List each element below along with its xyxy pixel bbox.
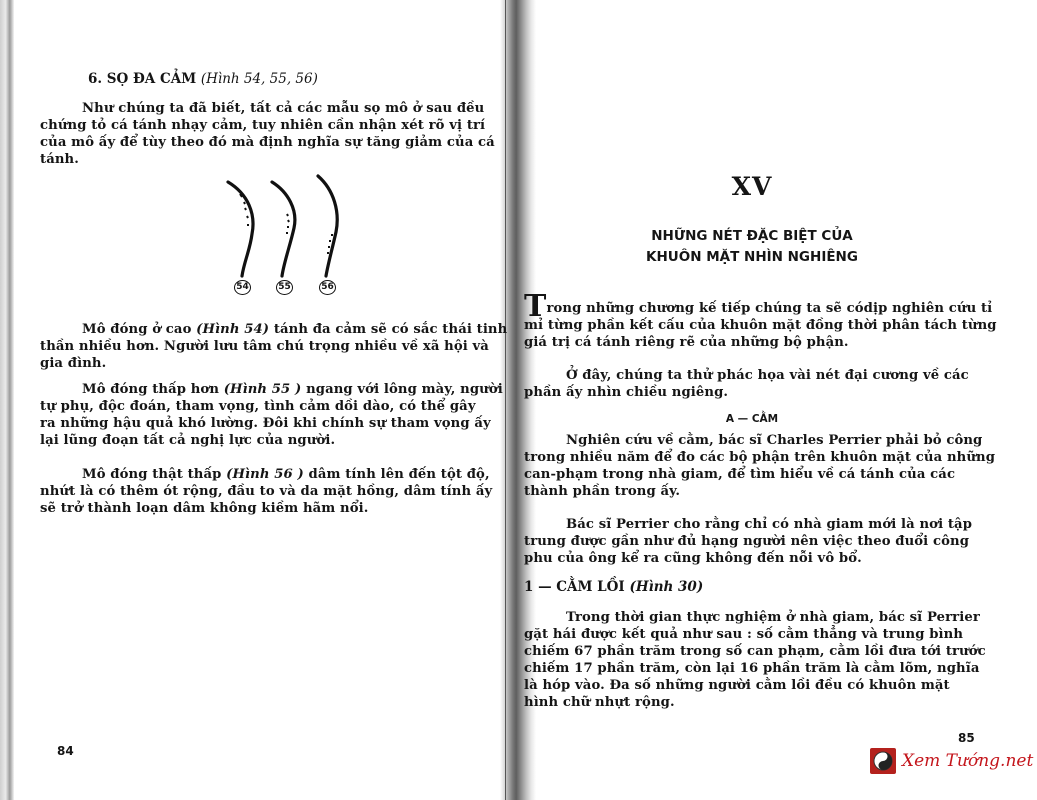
text-line: chiếm 67 phần trăm trong số can phạm, cằ… bbox=[524, 643, 986, 660]
skull-profile-figure: 54 55 56 bbox=[220, 172, 370, 300]
section-figure-ref: (Hình 54, 55, 56) bbox=[201, 71, 318, 87]
text-line: thành phần trong ấy. bbox=[524, 483, 995, 500]
text-line: giá trị cá tánh riêng rẽ của những bộ ph… bbox=[524, 334, 997, 351]
text-line: Nghiên cứu về cằm, bác sĩ Charles Perrie… bbox=[524, 432, 995, 449]
text-span: Mô đóng thật thấp bbox=[82, 467, 226, 482]
text-span: dâm tính lên đến tột độ, bbox=[304, 467, 490, 482]
book-gutter-line bbox=[505, 0, 506, 800]
chapter-title: NHỮNG NÉT ĐẶC BIỆT CỦA KHUÔN MẶT NHÌN NG… bbox=[522, 226, 982, 268]
text-line: chiếm 17 phần trăm, còn lại 16 phần trăm… bbox=[524, 660, 986, 677]
text-line: tự phụ, độc đoán, tham vọng, tình cảm dồ… bbox=[40, 398, 503, 415]
paragraph-lower-bump: Mô đóng thấp hơn (Hình 55 ) ngang với lô… bbox=[40, 381, 503, 449]
text-span: tánh đa cảm sẽ có sắc thái tinh bbox=[269, 322, 507, 337]
right-page: XV NHỮNG NÉT ĐẶC BIỆT CỦA KHUÔN MẶT NHÌN… bbox=[522, 0, 982, 800]
text-line: gặt hái được kết quả như sau : số cằm th… bbox=[524, 626, 986, 643]
text-line: gia đình. bbox=[40, 355, 507, 372]
text-line: can-phạm trong nhà giam, để tìm hiểu về … bbox=[524, 466, 995, 483]
figure-ref: (Hình 55 ) bbox=[224, 382, 302, 397]
text-line: Bác sĩ Perrier cho rằng chỉ có nhà giam … bbox=[524, 516, 972, 533]
section-title: 6. SỌ ĐA CẢM (Hình 54, 55, 56) bbox=[88, 71, 318, 87]
text-line: hình chữ nhựt rộng. bbox=[524, 694, 986, 711]
text-line: ra những hậu quả khó lường. Đôi khi chín… bbox=[40, 415, 503, 432]
text-line: thần nhiều hơn. Người lưu tâm chú trọng … bbox=[40, 338, 507, 355]
text-line: trong nhiều năm để đo các bộ phận trên k… bbox=[524, 449, 995, 466]
text-line: Mô đóng thật thấp (Hình 56 ) dâm tính lê… bbox=[40, 466, 492, 483]
text-line: sẽ trở thành loạn dâm không kiềm hãm nổi… bbox=[40, 500, 492, 517]
figure-ref: (Hình 56 ) bbox=[226, 467, 304, 482]
figure-label-54: 54 bbox=[234, 280, 251, 295]
text-span: Mô đóng ở cao bbox=[82, 322, 196, 337]
watermark-logo: Xem Tướng.net bbox=[870, 748, 1033, 774]
text-line: Trong thời gian thực nghiệm ở nhà giam, … bbox=[524, 609, 986, 626]
text-line: nhứt là có thêm ót rộng, đầu to và da mặ… bbox=[40, 483, 492, 500]
section-protruding-chin: 1 — CẰM LỒI (Hình 30) bbox=[524, 579, 703, 595]
text-line: chứng tỏ cá tánh nhạy cảm, tuy nhiên cần… bbox=[40, 117, 495, 134]
figure-label-56: 56 bbox=[319, 280, 336, 295]
skull-curves-illustration bbox=[220, 172, 370, 282]
subheading-chin: A — CẰM bbox=[522, 413, 982, 425]
text-line: phu của ông kể ra cũng không đến nỗi vô … bbox=[524, 550, 972, 567]
page-number-left: 84 bbox=[57, 744, 74, 758]
text-span: Mô đóng thấp hơn bbox=[82, 382, 224, 397]
chapter-title-line: KHUÔN MẶT NHÌN NGHIÊNG bbox=[522, 247, 982, 268]
yin-yang-icon bbox=[870, 748, 896, 774]
section-title-text: 6. SỌ ĐA CẢM bbox=[88, 71, 196, 87]
text-line: là hóp vào. Đa số những người cằm lồi đề… bbox=[524, 677, 986, 694]
chapter-number: XV bbox=[522, 172, 982, 201]
text-span: ngang với lông mày, người bbox=[301, 382, 503, 397]
text-line: tánh. bbox=[40, 151, 495, 168]
section-title-text: 1 — CẰM LỒI bbox=[524, 579, 625, 595]
statistics-paragraph: Trong thời gian thực nghiệm ở nhà giam, … bbox=[524, 609, 986, 711]
text-line: mỉ từng phần kết cấu của khuôn mặt đồng … bbox=[524, 317, 997, 334]
figure-label-55: 55 bbox=[276, 280, 293, 295]
text-line: lại lũng đoạn tất cả nghị lực của người. bbox=[40, 432, 503, 449]
section-figure-ref: (Hình 30) bbox=[629, 579, 703, 595]
text-line: Trong những chương kế tiếp chúng ta sẽ c… bbox=[524, 297, 997, 317]
text-line: trung được gần như đủ hạng người nên việ… bbox=[524, 533, 972, 550]
text-line: của mô ấy để tùy theo đó mà định nghĩa s… bbox=[40, 134, 495, 151]
chapter-title-line: NHỮNG NÉT ĐẶC BIỆT CỦA bbox=[522, 226, 982, 247]
page-number-right: 85 bbox=[958, 731, 975, 745]
text-span: rong những chương kế tiếp chúng ta sẽ có… bbox=[546, 301, 992, 316]
overview-paragraph: Ở đây, chúng ta thử phác họa vài nét đại… bbox=[524, 367, 969, 401]
text-line: Mô đóng ở cao (Hình 54) tánh đa cảm sẽ c… bbox=[40, 321, 507, 338]
prison-paragraph: Bác sĩ Perrier cho rằng chỉ có nhà giam … bbox=[524, 516, 972, 567]
book-left-edge bbox=[0, 0, 14, 800]
left-page: 6. SỌ ĐA CẢM (Hình 54, 55, 56) Như chúng… bbox=[40, 0, 490, 800]
text-line: Mô đóng thấp hơn (Hình 55 ) ngang với lô… bbox=[40, 381, 503, 398]
text-line: phần ấy nhìn chiều ngiêng. bbox=[524, 384, 969, 401]
chapter-intro-paragraph: Trong những chương kế tiếp chúng ta sẽ c… bbox=[524, 297, 997, 351]
research-paragraph: Nghiên cứu về cằm, bác sĩ Charles Perrie… bbox=[524, 432, 995, 500]
watermark-text: Xem Tướng.net bbox=[902, 751, 1033, 771]
paragraph-lowest-bump: Mô đóng thật thấp (Hình 56 ) dâm tính lê… bbox=[40, 466, 492, 517]
text-line: Như chúng ta đã biết, tất cả các mẫu sọ … bbox=[40, 100, 495, 117]
intro-paragraph: Như chúng ta đã biết, tất cả các mẫu sọ … bbox=[40, 100, 495, 168]
text-line: Ở đây, chúng ta thử phác họa vài nét đại… bbox=[524, 367, 969, 384]
paragraph-high-bump: Mô đóng ở cao (Hình 54) tánh đa cảm sẽ c… bbox=[40, 321, 507, 372]
figure-ref: (Hình 54) bbox=[196, 322, 269, 337]
